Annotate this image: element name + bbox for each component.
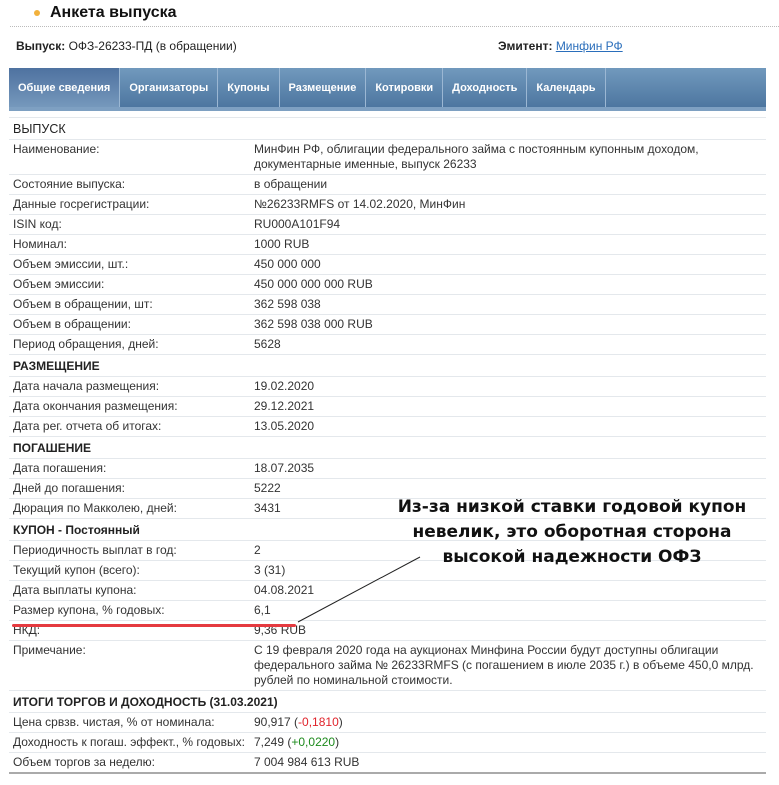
- annotation-line: невелик, это оборотная сторона: [372, 520, 772, 545]
- annotation-line: высокой надежности ОФЗ: [372, 545, 772, 570]
- annotation-pointer-line: [0, 0, 779, 785]
- annotation-callout: Из-за низкой ставки годовой купон невели…: [372, 495, 772, 570]
- annotation-line: Из-за низкой ставки годовой купон: [372, 495, 772, 520]
